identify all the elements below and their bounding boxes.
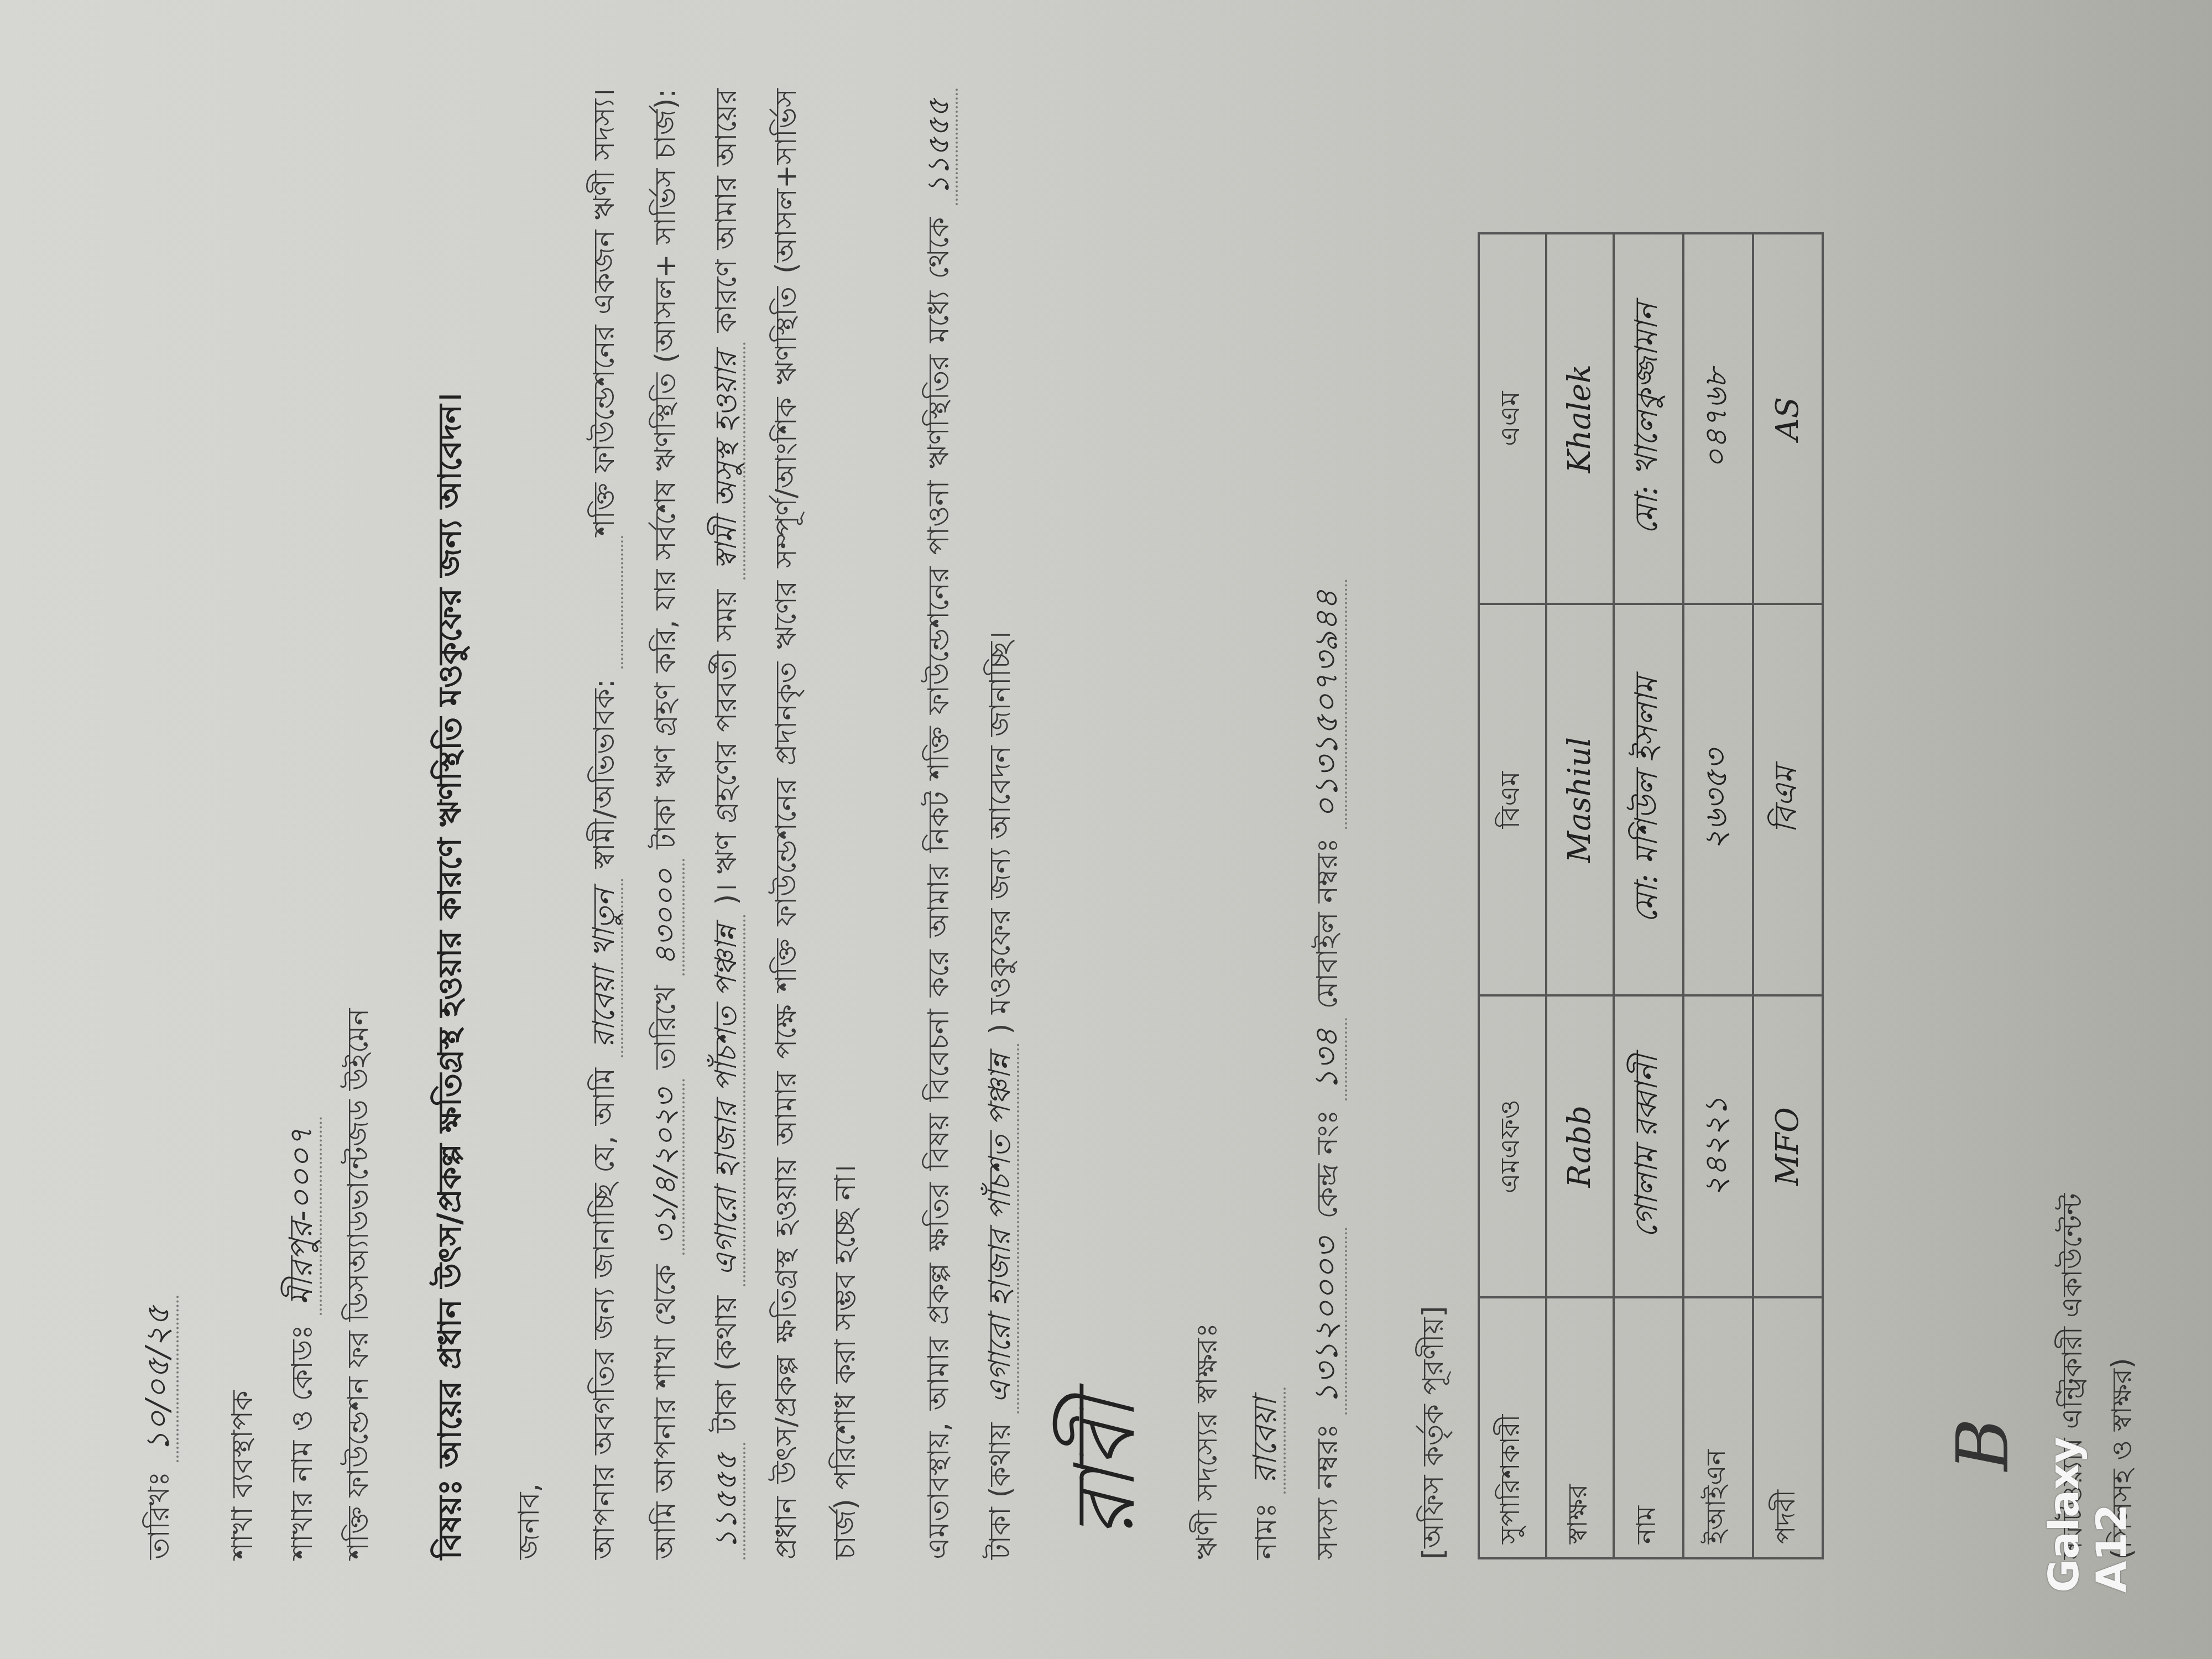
- member-name-value: রাবেয়া: [1246, 1387, 1286, 1493]
- application-sheet: তারিখঃ ১০/০৫/২৫ শাখা ব্যবস্থাপক শাখার না…: [0, 0, 2212, 1659]
- loan-amount: ৪৩০০০: [648, 859, 685, 975]
- member-name-handwritten: রাবেয়া খাতুন: [586, 879, 623, 1057]
- col-am: এএম: [1479, 233, 1546, 604]
- org-name: শক্তি ফাউন্ডেশন ফর ডিসঅ্যাডভান্টেজড উইমে…: [331, 88, 386, 1559]
- accountant-title: সফটওয়্যার এন্ট্রিকারী একাউন্টেন্ট: [2047, 88, 2097, 1559]
- loan-date: ৩১/৪/২০২৩: [648, 1079, 685, 1255]
- table-row: স্বাক্ষর Rabb Mashiul Khalek: [1546, 233, 1614, 1558]
- office-heading: [অফিস কর্তৃক পূরণীয়]: [1406, 88, 1461, 1559]
- date-value: ১০/০৫/২৫: [139, 1296, 179, 1462]
- camera-watermark: Galaxy A12: [2041, 1421, 2136, 1593]
- member-sign-label: ঋণী সদস্যের স্বাক্ষরঃ: [1180, 88, 1235, 1559]
- recipient-title: শাখা ব্যবস্থাপক: [216, 88, 270, 1559]
- member-number: ১৩১২০০০৩: [1307, 1228, 1347, 1415]
- guardian-blank: [586, 536, 623, 669]
- branch-line: শাখার নাম ও কোডঃ মীরপুর-০০০৭: [270, 88, 331, 1559]
- outstanding-words: এগারো হাজার পাঁচশত পঞ্চান্ন: [708, 915, 745, 1286]
- paragraph-1: আপনার অবগতির জন্য জানাচ্ছি যে, আমি রাবেয…: [573, 88, 875, 1559]
- salutation: জনাব,: [502, 88, 557, 1559]
- outstanding-amount: ১১৫৫৫: [708, 1443, 745, 1559]
- member-id-line: সদস্য নম্বরঃ ১৩১২০০০৩ কেন্দ্র নংঃ ১৩৪ মো…: [1296, 88, 1357, 1559]
- col-recommender: সুপারিশকারী: [1479, 1297, 1546, 1558]
- branch-value: মীরপুর-০০০৭: [282, 1117, 322, 1315]
- waiver-amount: ১১৫৫৫: [921, 88, 958, 205]
- col-bm: বিএম: [1479, 604, 1546, 995]
- table-header-row: সুপারিশকারী এমএফও বিএম এএম: [1479, 233, 1546, 1558]
- reason: স্বামী অসুস্থ হওয়ার: [708, 342, 745, 580]
- kendra-number: ১৩৪: [1307, 1018, 1347, 1100]
- date-line: তারিখঃ ১০/০৫/২৫: [127, 88, 188, 1559]
- paragraph-2: এমতাবস্থায়, আমার প্রকল্প ক্ষতির বিষয় ব…: [908, 88, 1030, 1559]
- waiver-words: এগারো হাজার পাঁচশত পঞ্চান্ন: [982, 1044, 1019, 1413]
- member-name-line: নামঃ রাবেয়া: [1234, 88, 1295, 1559]
- table-row: পদবী MFO বিএম AS: [1753, 233, 1823, 1558]
- signature-am: Khalek: [1546, 233, 1614, 604]
- approval-table: সুপারিশকারী এমএফও বিএম এএম স্বাক্ষর Rabb…: [1478, 232, 1824, 1559]
- accountant-signature: B: [1918, 88, 2047, 1471]
- member-signature: রাবী: [1042, 88, 1180, 1537]
- subject-line: বিষয়ঃ আয়ের প্রধান উৎস/প্রকল্প ক্ষতিগ্র…: [419, 88, 480, 1559]
- table-row: ইআইএন ২৪২২১ ২৬৩৫৩ ০৪৭৬৮: [1683, 233, 1753, 1558]
- signature-mfo: Rabb: [1546, 996, 1614, 1298]
- accountant-block: B সফটওয়্যার এন্ট্রিকারী একাউন্টেন্ট (সি…: [1918, 88, 2147, 1559]
- mobile-number: ০১৩১৫০৭৩৯৪৪: [1307, 580, 1347, 828]
- table-row: নাম গোলাম রব্বানী মো: মশিউল ইসলাম মো: খা…: [1614, 233, 1683, 1558]
- col-mfo: এমএফও: [1479, 996, 1546, 1298]
- signature-bm: Mashiul: [1546, 604, 1614, 995]
- accountant-subtitle: (সিলসহ ও স্বাক্ষর): [2097, 88, 2147, 1559]
